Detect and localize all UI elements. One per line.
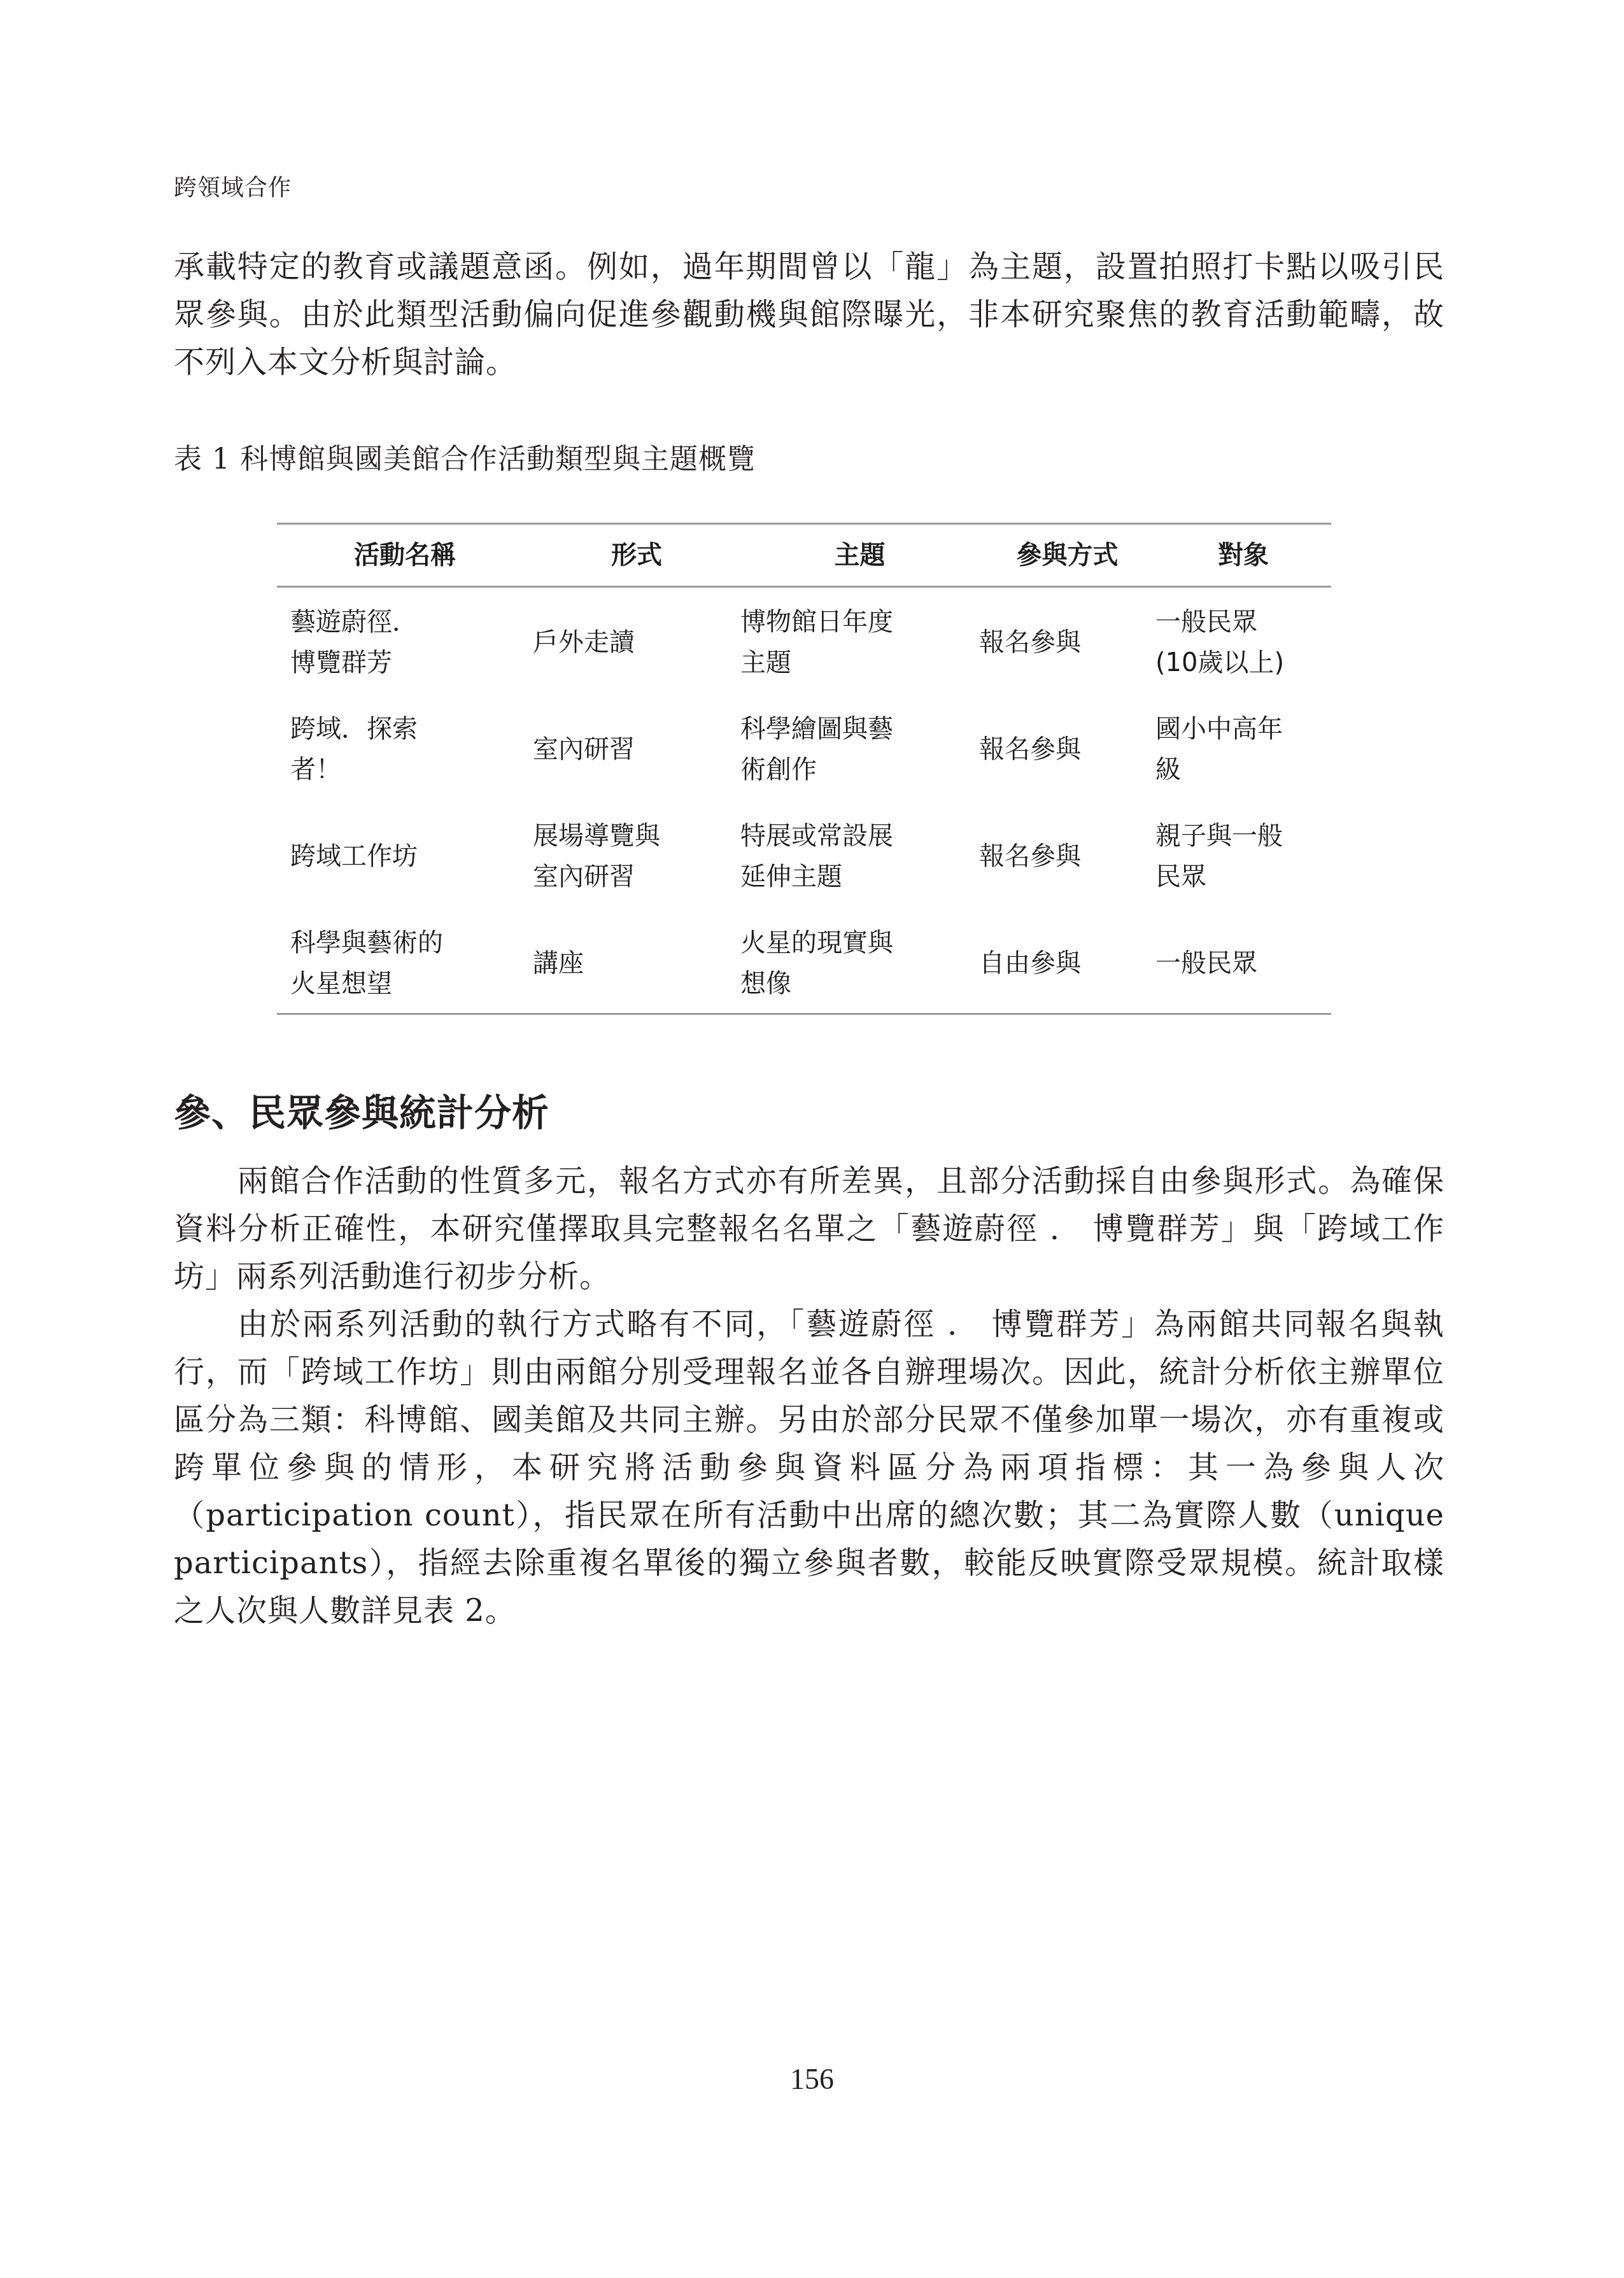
column-header-activity-name: 活動名稱: [277, 524, 533, 587]
cell-line: 室內研習: [533, 856, 740, 897]
column-header-audience: 對象: [1155, 524, 1331, 587]
cell-line: 想像: [740, 963, 979, 1004]
cell-line: 跨域．探索: [290, 709, 533, 749]
column-header-format: 形式: [533, 524, 740, 587]
section-heading: 參、民眾參與統計分析: [174, 1090, 549, 1136]
column-header-participation: 參與方式: [979, 524, 1155, 587]
table-caption: 表 1 科博館與國美館合作活動類型與主題概覽: [174, 441, 756, 479]
cell-participation: 報名參與: [979, 587, 1155, 697]
table-header-row: 活動名稱 形式 主題 參與方式 對象: [277, 524, 1331, 587]
cell-line: 者！: [290, 749, 533, 790]
table-row: 科學與藝術的 火星想望 講座 火星的現實與 想像 自由參與 一般民眾: [277, 910, 1331, 1014]
cell-line: 國小中高年: [1155, 709, 1331, 749]
cell-line: 報名參與: [979, 729, 1155, 770]
cell-line: (10歲以上): [1155, 642, 1331, 683]
cell-audience: 一般民眾: [1155, 910, 1331, 1014]
cell-line: 報名參與: [979, 836, 1155, 877]
cell-activity-name: 藝遊蔚徑． 博覽群芳: [277, 587, 533, 697]
analysis-paragraph-1: 兩館合作活動的性質多元，報名方式亦有所差異，且部分活動採自由參與形式。為確保資料…: [174, 1157, 1444, 1301]
intro-paragraph: 承載特定的教育或議題意函。例如，過年期間曾以「龍」為主題，設置拍照打卡點以吸引民…: [174, 243, 1444, 386]
cell-line: 特展或常設展: [740, 816, 979, 856]
analysis-text-block: 兩館合作活動的性質多元，報名方式亦有所差異，且部分活動採自由參與形式。為確保資料…: [174, 1157, 1444, 1635]
cell-line: 民眾: [1155, 856, 1331, 897]
cell-line: 延伸主題: [740, 856, 979, 897]
cell-format: 戶外走讀: [533, 587, 740, 697]
cell-line: 術創作: [740, 749, 979, 790]
running-header: 跨領域合作: [174, 173, 292, 204]
cell-activity-name: 科學與藝術的 火星想望: [277, 910, 533, 1014]
cell-line: 博覽群芳: [290, 642, 533, 683]
cell-participation: 報名參與: [979, 803, 1155, 910]
cell-activity-name: 跨域工作坊: [277, 803, 533, 910]
cell-format: 講座: [533, 910, 740, 1014]
cell-line: 報名參與: [979, 622, 1155, 663]
cell-line: 講座: [533, 943, 740, 984]
cell-line: 主題: [740, 642, 979, 683]
table-row: 藝遊蔚徑． 博覽群芳 戶外走讀 博物館日年度 主題 報名參與 一般民眾 (10歲…: [277, 587, 1331, 697]
cell-audience: 一般民眾 (10歲以上): [1155, 587, 1331, 697]
cell-line: 戶外走讀: [533, 622, 740, 663]
cell-line: 科學繪圖與藝: [740, 709, 979, 749]
cell-line: 一般民眾: [1155, 943, 1331, 984]
cell-line: 藝遊蔚徑．: [290, 602, 533, 642]
cell-line: 一般民眾: [1155, 602, 1331, 642]
cell-line: 火星的現實與: [740, 923, 979, 963]
cell-theme: 火星的現實與 想像: [740, 910, 979, 1014]
analysis-paragraph-2: 由於兩系列活動的執行方式略有不同，「藝遊蔚徑 ． 博覽群芳」為兩館共同報名與執行…: [174, 1301, 1444, 1635]
cell-theme: 特展或常設展 延伸主題: [740, 803, 979, 910]
cell-line: 博物館日年度: [740, 602, 979, 642]
cell-line: 室內研習: [533, 729, 740, 770]
cell-line: 跨域工作坊: [290, 836, 533, 877]
cell-audience: 親子與一般 民眾: [1155, 803, 1331, 910]
activity-overview-table: 活動名稱 形式 主題 參與方式 對象 藝遊蔚徑． 博覽群芳 戶外走讀 博物館日年…: [277, 523, 1331, 1015]
cell-line: 親子與一般: [1155, 816, 1331, 856]
cell-line: 級: [1155, 749, 1331, 790]
cell-participation: 自由參與: [979, 910, 1155, 1014]
intro-text-block: 承載特定的教育或議題意函。例如，過年期間曾以「龍」為主題，設置拍照打卡點以吸引民…: [174, 243, 1444, 386]
cell-audience: 國小中高年 級: [1155, 696, 1331, 803]
cell-line: 科學與藝術的: [290, 923, 533, 963]
activity-overview-table-container: 活動名稱 形式 主題 參與方式 對象 藝遊蔚徑． 博覽群芳 戶外走讀 博物館日年…: [277, 523, 1331, 1015]
cell-activity-name: 跨域．探索 者！: [277, 696, 533, 803]
column-header-theme: 主題: [740, 524, 979, 587]
cell-line: 火星想望: [290, 963, 533, 1004]
cell-theme: 科學繪圖與藝 術創作: [740, 696, 979, 803]
table-row: 跨域．探索 者！ 室內研習 科學繪圖與藝 術創作 報名參與 國小中高年 級: [277, 696, 1331, 803]
cell-theme: 博物館日年度 主題: [740, 587, 979, 697]
cell-format: 室內研習: [533, 696, 740, 803]
cell-line: 自由參與: [979, 943, 1155, 984]
page-number: 156: [0, 2062, 1624, 2097]
cell-format: 展場導覽與 室內研習: [533, 803, 740, 910]
cell-line: 展場導覽與: [533, 816, 740, 856]
cell-participation: 報名參與: [979, 696, 1155, 803]
table-row: 跨域工作坊 展場導覽與 室內研習 特展或常設展 延伸主題 報名參與 親子與一般 …: [277, 803, 1331, 910]
